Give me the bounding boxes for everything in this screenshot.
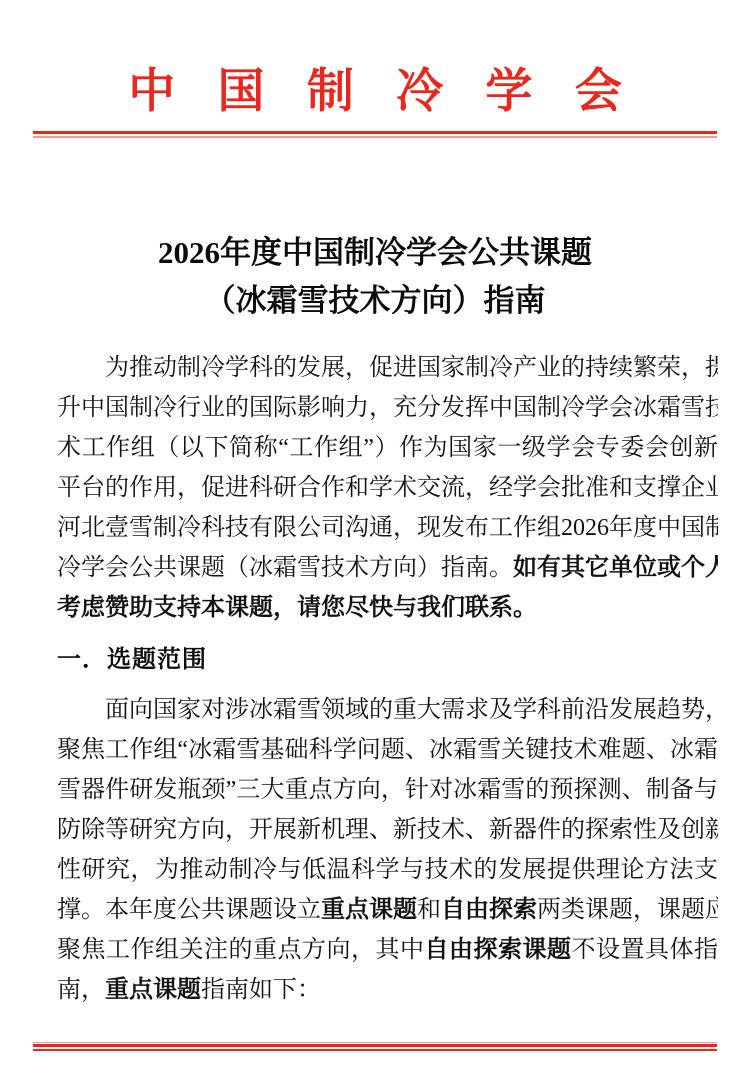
body-text: 性研究，为推动制冷与低温科学与技术的发展提供理论方法支	[57, 857, 718, 883]
emphasis-text: 自由探索课题	[425, 936, 572, 963]
text-line: 面向国家对涉冰霜雪领域的重大需求及学科前沿发展趋势，	[57, 690, 718, 730]
body-text: 平台的作用，促进科研合作和学术交流，经学会批准和支撑企业	[57, 475, 718, 501]
body-text: 升中国制冷行业的国际影响力，充分发挥中国制冷学会冰霜雪技	[57, 395, 718, 421]
emphasis-text: 重点课题	[321, 896, 417, 923]
text-line: 升中国制冷行业的国际影响力，充分发挥中国制冷学会冰霜雪技	[57, 388, 718, 428]
body-text: 和	[417, 897, 441, 923]
body-text: 冷学会公共课题（冰霜雪技术方向）指南。	[57, 555, 513, 581]
text-line: 雪器件研发瓶颈”三大重点方向，针对冰霜雪的预探测、制备与	[57, 770, 718, 810]
document-body: 为推动制冷学科的发展，促进国家制冷产业的持续繁荣，提升中国制冷行业的国际影响力，…	[57, 348, 718, 1010]
body-text: 撑。本年度公共课题设立	[57, 897, 321, 923]
text-line: 河北壹雪制冷科技有限公司沟通，现发布工作组2026年度中国制	[57, 508, 718, 548]
text-line: 考虑赞助支持本课题，请您尽快与我们联系。	[57, 588, 718, 628]
document-title-line-1: 2026年度中国制冷学会公共课题	[158, 235, 592, 270]
document-title: 2026年度中国制冷学会公共课题 （冰霜雪技术方向）指南	[30, 229, 720, 325]
body-text: 面向国家对涉冰霜雪领域的重大需求及学科前沿发展趋势，	[105, 697, 718, 723]
letterhead-divider-top	[33, 131, 717, 138]
body-text: 聚焦工作组“冰霜雪基础科学问题、冰霜雪关键技术难题、冰霜	[57, 737, 718, 763]
section-heading: 一．选题范围	[57, 640, 718, 680]
emphasis-text: 重点课题	[105, 976, 201, 1003]
emphasis-text: 考虑赞助支持本课题，请您尽快与我们联系。	[57, 594, 537, 621]
body-text: 两类课题，课题应	[537, 897, 718, 923]
document-page: 中国制冷学会 2026年度中国制冷学会公共课题 （冰霜雪技术方向）指南 为推动制…	[0, 0, 750, 1091]
text-line: 聚焦工作组关注的重点方向，其中自由探索课题不设置具体指	[57, 930, 718, 970]
body-text: 术工作组（以下简称“工作组”）作为国家一级学会专委会创新	[57, 435, 718, 461]
emphasis-text: 如有其它单位或个人	[513, 554, 718, 581]
text-line: 性研究，为推动制冷与低温科学与技术的发展提供理论方法支	[57, 850, 718, 890]
body-text: 指南如下：	[201, 977, 321, 1003]
emphasis-text: 自由探索	[441, 896, 537, 923]
text-line: 聚焦工作组“冰霜雪基础科学问题、冰霜雪关键技术难题、冰霜	[57, 730, 718, 770]
text-line: 为推动制冷学科的发展，促进国家制冷产业的持续繁荣，提	[57, 348, 718, 388]
letterhead-org-title: 中国制冷学会	[0, 64, 750, 120]
text-line: 平台的作用，促进科研合作和学术交流，经学会批准和支撑企业	[57, 468, 718, 508]
text-line: 南，重点课题指南如下：	[57, 970, 718, 1010]
body-text: 南，	[57, 977, 105, 1003]
text-line: 术工作组（以下简称“工作组”）作为国家一级学会专委会创新	[57, 428, 718, 468]
document-title-line-2: （冰霜雪技术方向）指南	[205, 283, 546, 318]
body-text: 聚焦工作组关注的重点方向，其中	[57, 937, 425, 963]
body-text: 河北壹雪制冷科技有限公司沟通，现发布工作组2026年度中国制	[57, 515, 718, 541]
text-line: 冷学会公共课题（冰霜雪技术方向）指南。如有其它单位或个人	[57, 548, 718, 588]
body-text: 为推动制冷学科的发展，促进国家制冷产业的持续繁荣，提	[105, 355, 718, 381]
body-text: 雪器件研发瓶颈”三大重点方向，针对冰霜雪的预探测、制备与	[57, 777, 718, 803]
text-line: 防除等研究方向，开展新机理、新技术、新器件的探索性及创新	[57, 810, 718, 850]
text-line: 撑。本年度公共课题设立重点课题和自由探索两类课题，课题应	[57, 890, 718, 930]
body-text: 防除等研究方向，开展新机理、新技术、新器件的探索性及创新	[57, 817, 718, 843]
body-text: 不设置具体指	[572, 937, 719, 963]
footer-divider	[33, 1042, 717, 1051]
